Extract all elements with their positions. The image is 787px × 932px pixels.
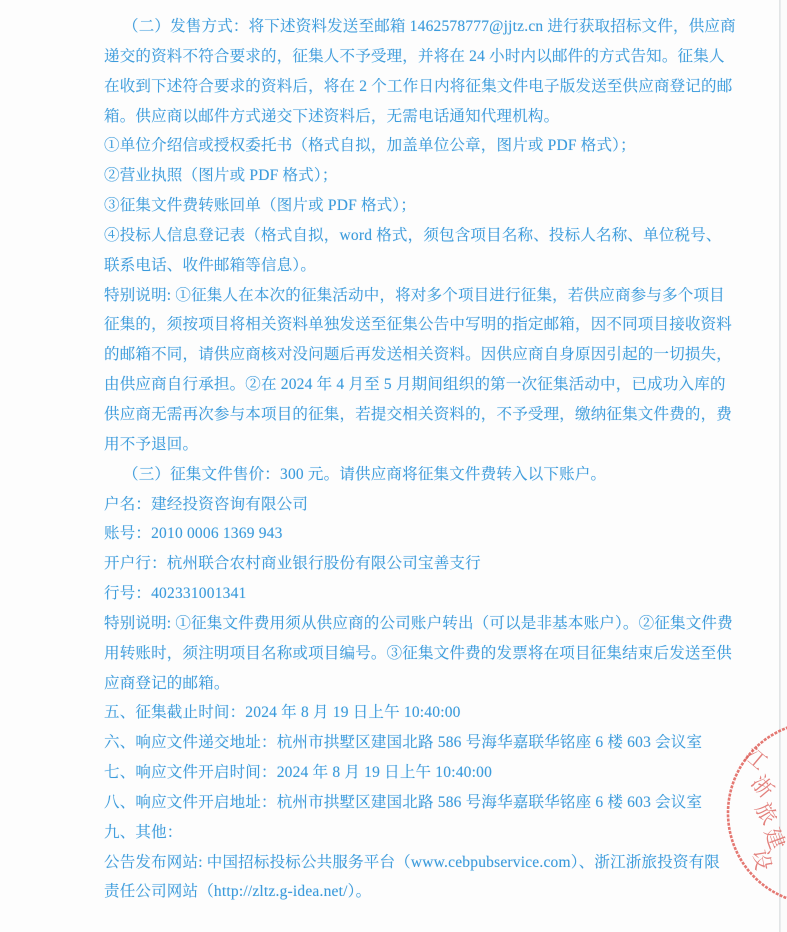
text-line: 在收到下述符合要求的资料后，将在 2 个工作日内将征集文件电子版发送至供应商登记… [104, 72, 696, 102]
text-line: 特别说明: ①征集人在本次的征集活动中，将对多个项目进行征集，若供应商参与多个项… [104, 281, 696, 311]
text-line: 用不予退回。 [104, 430, 696, 460]
text-line: 户名：建经投资咨询有限公司 [104, 490, 696, 520]
text-line: （三）征集文件售价：300 元。请供应商将征集文件费转入以下账户。 [104, 460, 696, 490]
seal-character: 旅 [750, 798, 781, 828]
text-line: 开户行：杭州联合农村商业银行股份有限公司宝善支行 [104, 549, 696, 579]
text-line: ③征集文件费转账回单（图片或 PDF 格式）； [104, 191, 696, 221]
text-line: 责任公司网站（http://zltz.g-idea.net/）。 [104, 877, 696, 907]
text-line: 行号：402331001341 [104, 579, 696, 609]
text-line: 箱。供应商以邮件方式递交下述资料后，无需电话通知代理机构。 [104, 102, 696, 132]
text-line: 七、响应文件开启时间：2024 年 8 月 19 日上午 10:40:00 [104, 758, 696, 788]
text-line: 联系电话、收件邮箱等信息）。 [104, 251, 696, 281]
text-line: ①单位介绍信或授权委托书（格式自拟，加盖单位公章，图片或 PDF 格式）； [104, 131, 696, 161]
text-line: 递交的资料不符合要求的，征集人不予受理，并将在 24 小时内以邮件的方式告知。征… [104, 42, 696, 72]
company-seal: 江浙旅建设 [695, 695, 787, 932]
text-line: 供应商无需再次参与本项目的征集，若提交相关资料的，不予受理，缴纳征集文件费的，费 [104, 400, 696, 430]
text-line: 由供应商自行承担。②在 2024 年 4 月至 5 月期间组织的第一次征集活动中… [104, 370, 696, 400]
text-line: 九、其他： [104, 818, 696, 848]
seal-character: 浙 [746, 771, 778, 803]
document-page: （二）发售方式：将下述资料发送至邮箱 1462578777@jjtz.cn 进行… [0, 0, 787, 932]
text-line: 用转账时，须注明项目名称或项目编号。③征集文件费的发票将在项目征集结束后发送至供 [104, 639, 696, 669]
text-line: ②营业执照（图片或 PDF 格式）； [104, 161, 696, 191]
text-line: （二）发售方式：将下述资料发送至邮箱 1462578777@jjtz.cn 进行… [104, 12, 696, 42]
text-line: 的邮箱不同，请供应商核对没问题后再发送相关资料。因供应商自身原因引起的一切损失， [104, 340, 696, 370]
text-line: 八、响应文件开启地址：杭州市拱墅区建国北路 586 号海华嘉联华铭座 6 楼 6… [104, 788, 696, 818]
text-line: 账号：2010 0006 1369 943 [104, 519, 696, 549]
text-line: 六、响应文件递交地址：杭州市拱墅区建国北路 586 号海华嘉联华铭座 6 楼 6… [104, 728, 696, 758]
text-line: ④投标人信息登记表（格式自拟，word 格式，须包含项目名称、投标人名称、单位税… [104, 221, 696, 251]
text-line: 特别说明: ①征集文件费用须从供应商的公司账户转出（可以是非基本账户）。②征集文… [104, 609, 696, 639]
text-line: 五、征集截止时间：2024 年 8 月 19 日上午 10:40:00 [104, 698, 696, 728]
text-line: 应商登记的邮箱。 [104, 669, 696, 699]
text-line: 征集的，须按项目将相关资料单独发送至征集公告中写明的指定邮箱，因不同项目接收资料 [104, 310, 696, 340]
seal-character: 江 [740, 743, 772, 775]
text-line: 公告发布网站: 中国招标投标公共服务平台（www.cebpubservice.c… [104, 848, 696, 878]
body-text: （二）发售方式：将下述资料发送至邮箱 1462578777@jjtz.cn 进行… [104, 12, 696, 907]
seal-character: 设 [748, 847, 775, 872]
